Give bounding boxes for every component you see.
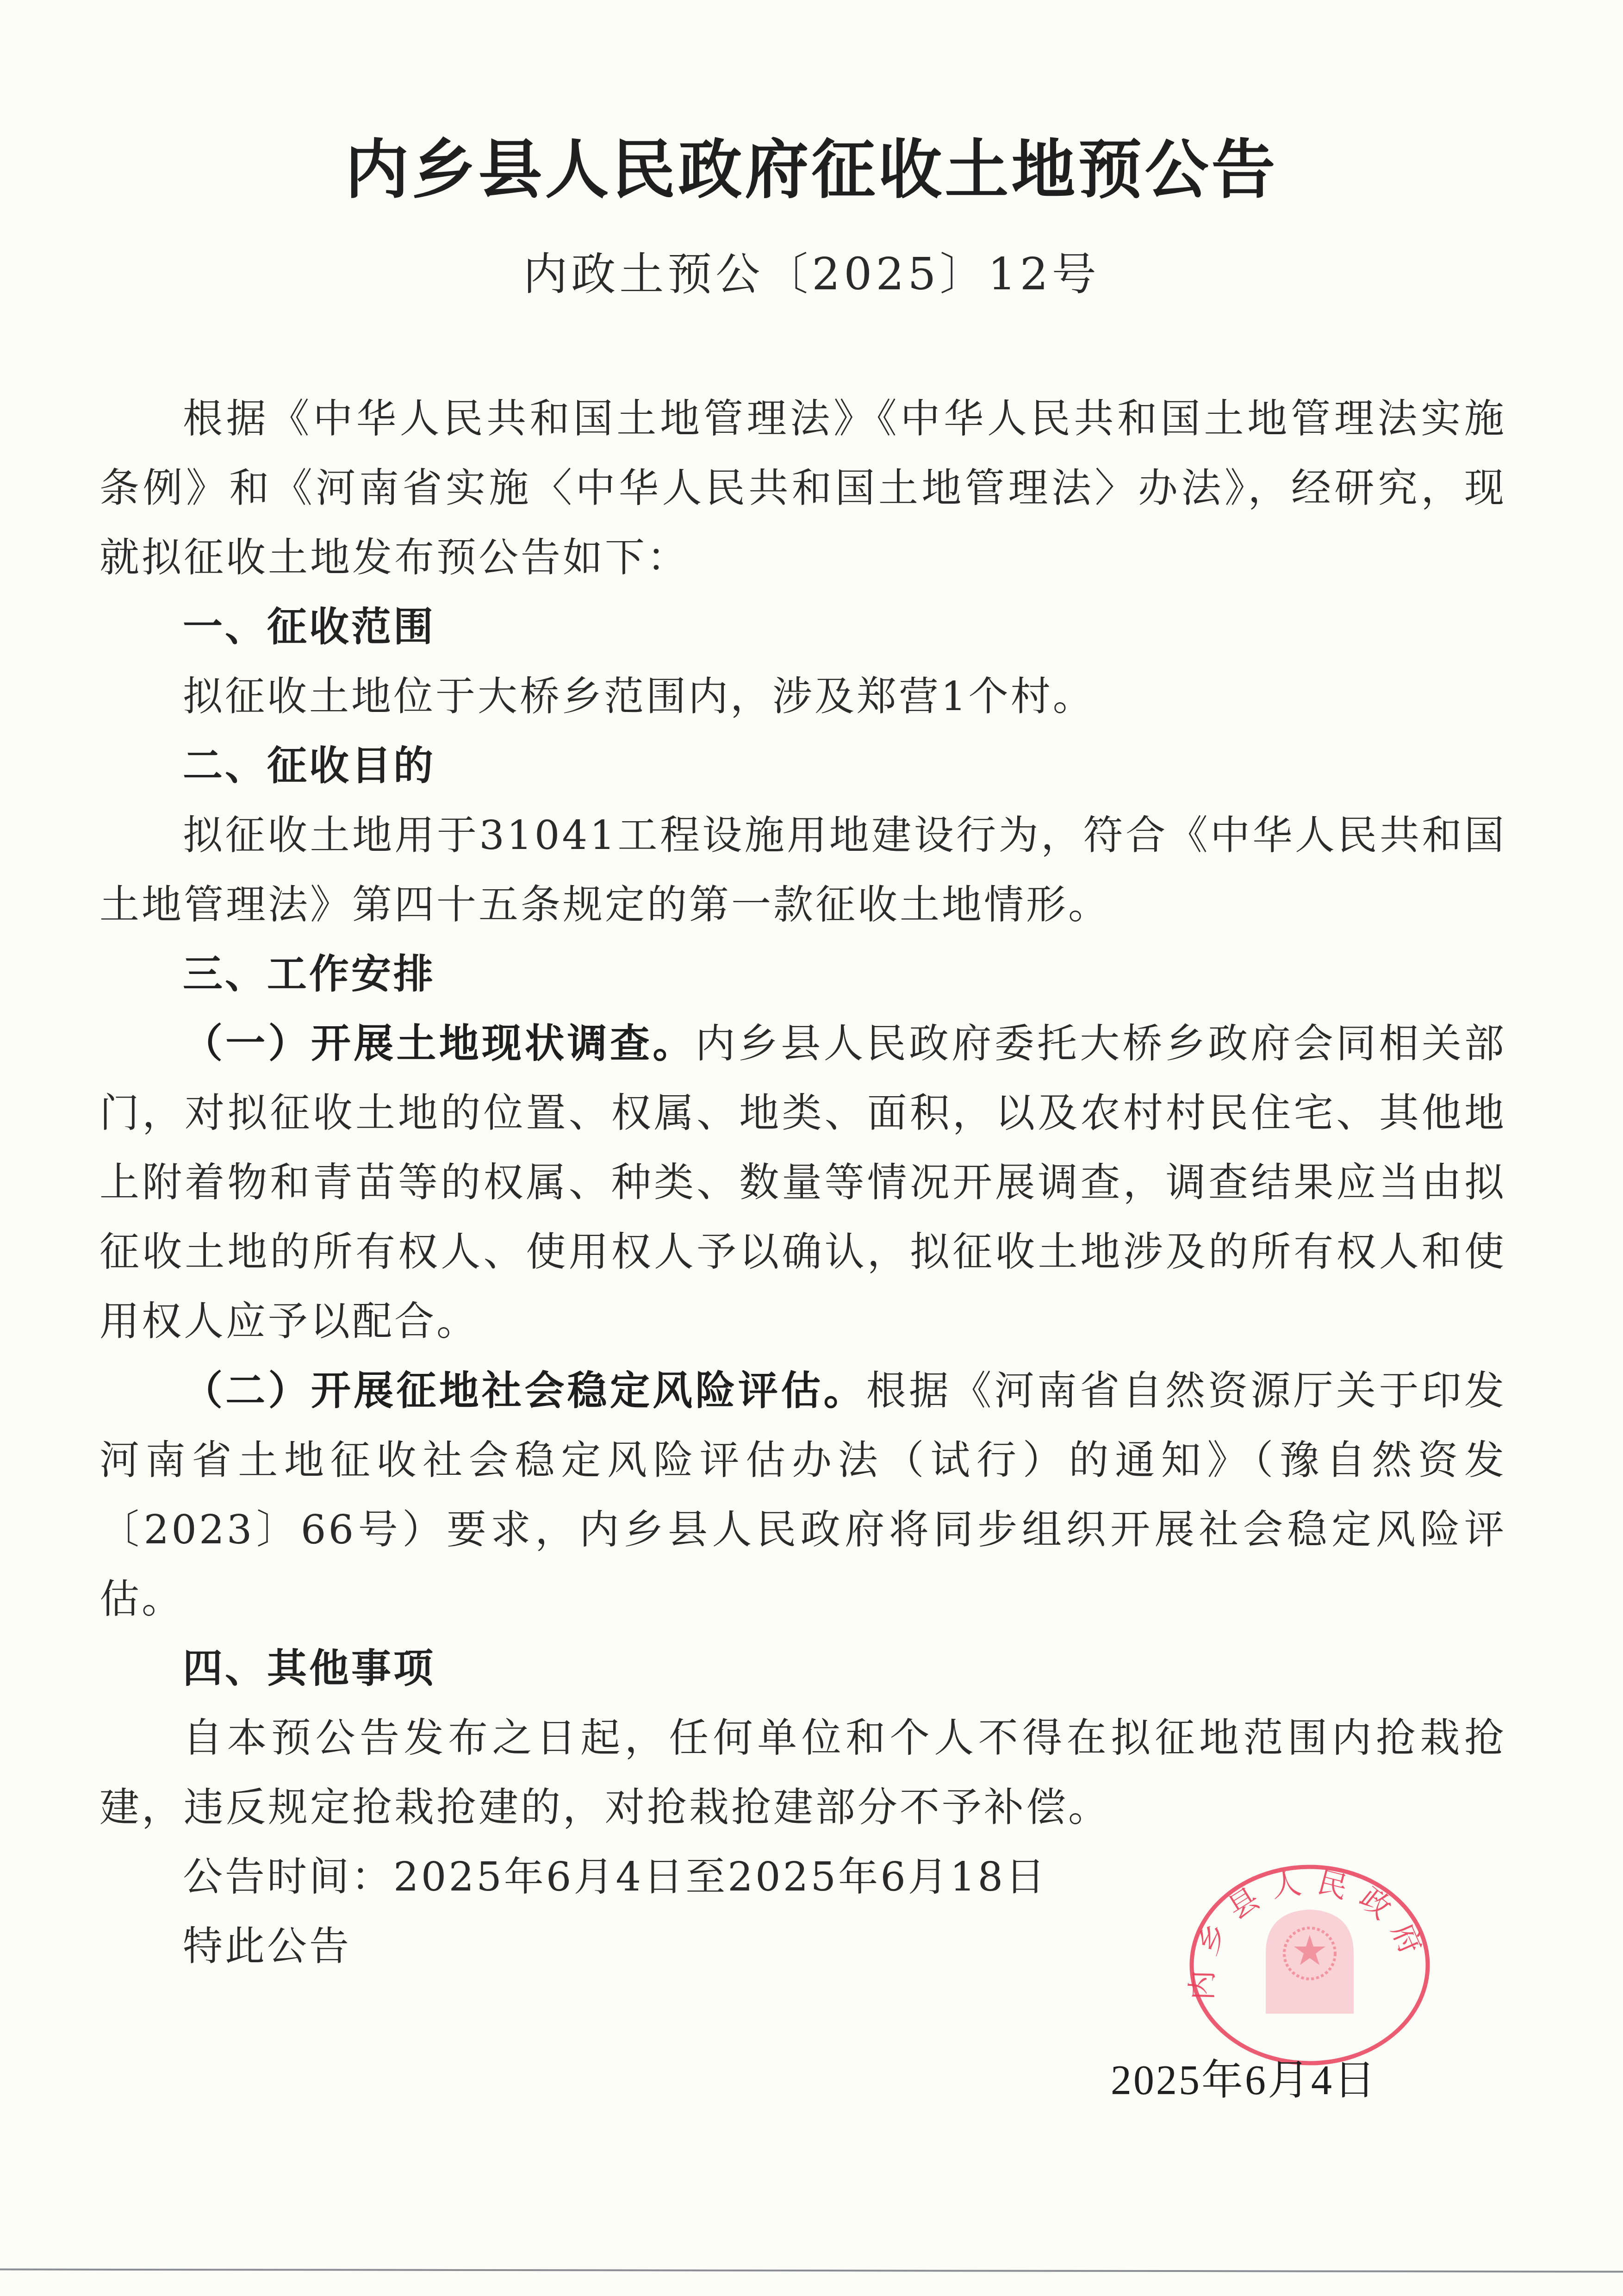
emblem-icon bbox=[1266, 1909, 1354, 2014]
document-body: 根据《中华人民共和国土地管理法》《中华人民共和国土地管理法实施条例》和《河南省实… bbox=[99, 384, 1506, 1981]
arrangement-item-risk-lead: （二）开展征地社会稳定风险评估。 bbox=[183, 1367, 866, 1414]
section-heading-arrangements: 三、工作安排 bbox=[99, 940, 1506, 1009]
document-page: 内乡县人民政府征收土地预公告 内政土预公〔2025〕12号 根据《中华人民共和国… bbox=[0, 0, 1623, 2296]
section-scope-text: 拟征收土地位于大桥乡范围内，涉及郑营1个村。 bbox=[99, 662, 1506, 731]
intro-paragraph: 根据《中华人民共和国土地管理法》《中华人民共和国土地管理法实施条例》和《河南省实… bbox=[99, 384, 1506, 593]
arrangement-item-survey-text: 内乡县人民政府委托大桥乡政府会同相关部门，对拟征收土地的位置、权属、地类、面积，… bbox=[99, 1021, 1506, 1345]
section-heading-other: 四、其他事项 bbox=[99, 1634, 1506, 1703]
section-other-text: 自本预公告发布之日起，任何单位和个人不得在拟征地范围内抢栽抢建，违反规定抢栽抢建… bbox=[99, 1703, 1506, 1842]
arrangement-item-survey: （一）开展土地现状调查。内乡县人民政府委托大桥乡政府会同相关部门，对拟征收土地的… bbox=[99, 1009, 1506, 1356]
arrangement-item-survey-lead: （一）开展土地现状调查。 bbox=[183, 1020, 696, 1067]
document-number: 内政土预公〔2025〕12号 bbox=[0, 250, 1623, 299]
page-bottom-rule bbox=[0, 2269, 1623, 2273]
section-purpose-text: 拟征收土地用于31041工程设施用地建设行为，符合《中华人民共和国土地管理法》第… bbox=[99, 801, 1506, 940]
signature-date: 2025年6月4日 bbox=[1111, 2046, 1377, 2106]
document-title: 内乡县人民政府征收土地预公告 bbox=[0, 134, 1623, 205]
official-seal-icon: 内乡县人民政府 bbox=[1185, 1861, 1435, 2069]
section-heading-purpose: 二、征收目的 bbox=[99, 731, 1506, 801]
section-heading-scope: 一、征收范围 bbox=[99, 593, 1506, 662]
arrangement-item-risk: （二）开展征地社会稳定风险评估。根据《河南省自然资源厅关于印发河南省土地征收社会… bbox=[99, 1356, 1506, 1634]
